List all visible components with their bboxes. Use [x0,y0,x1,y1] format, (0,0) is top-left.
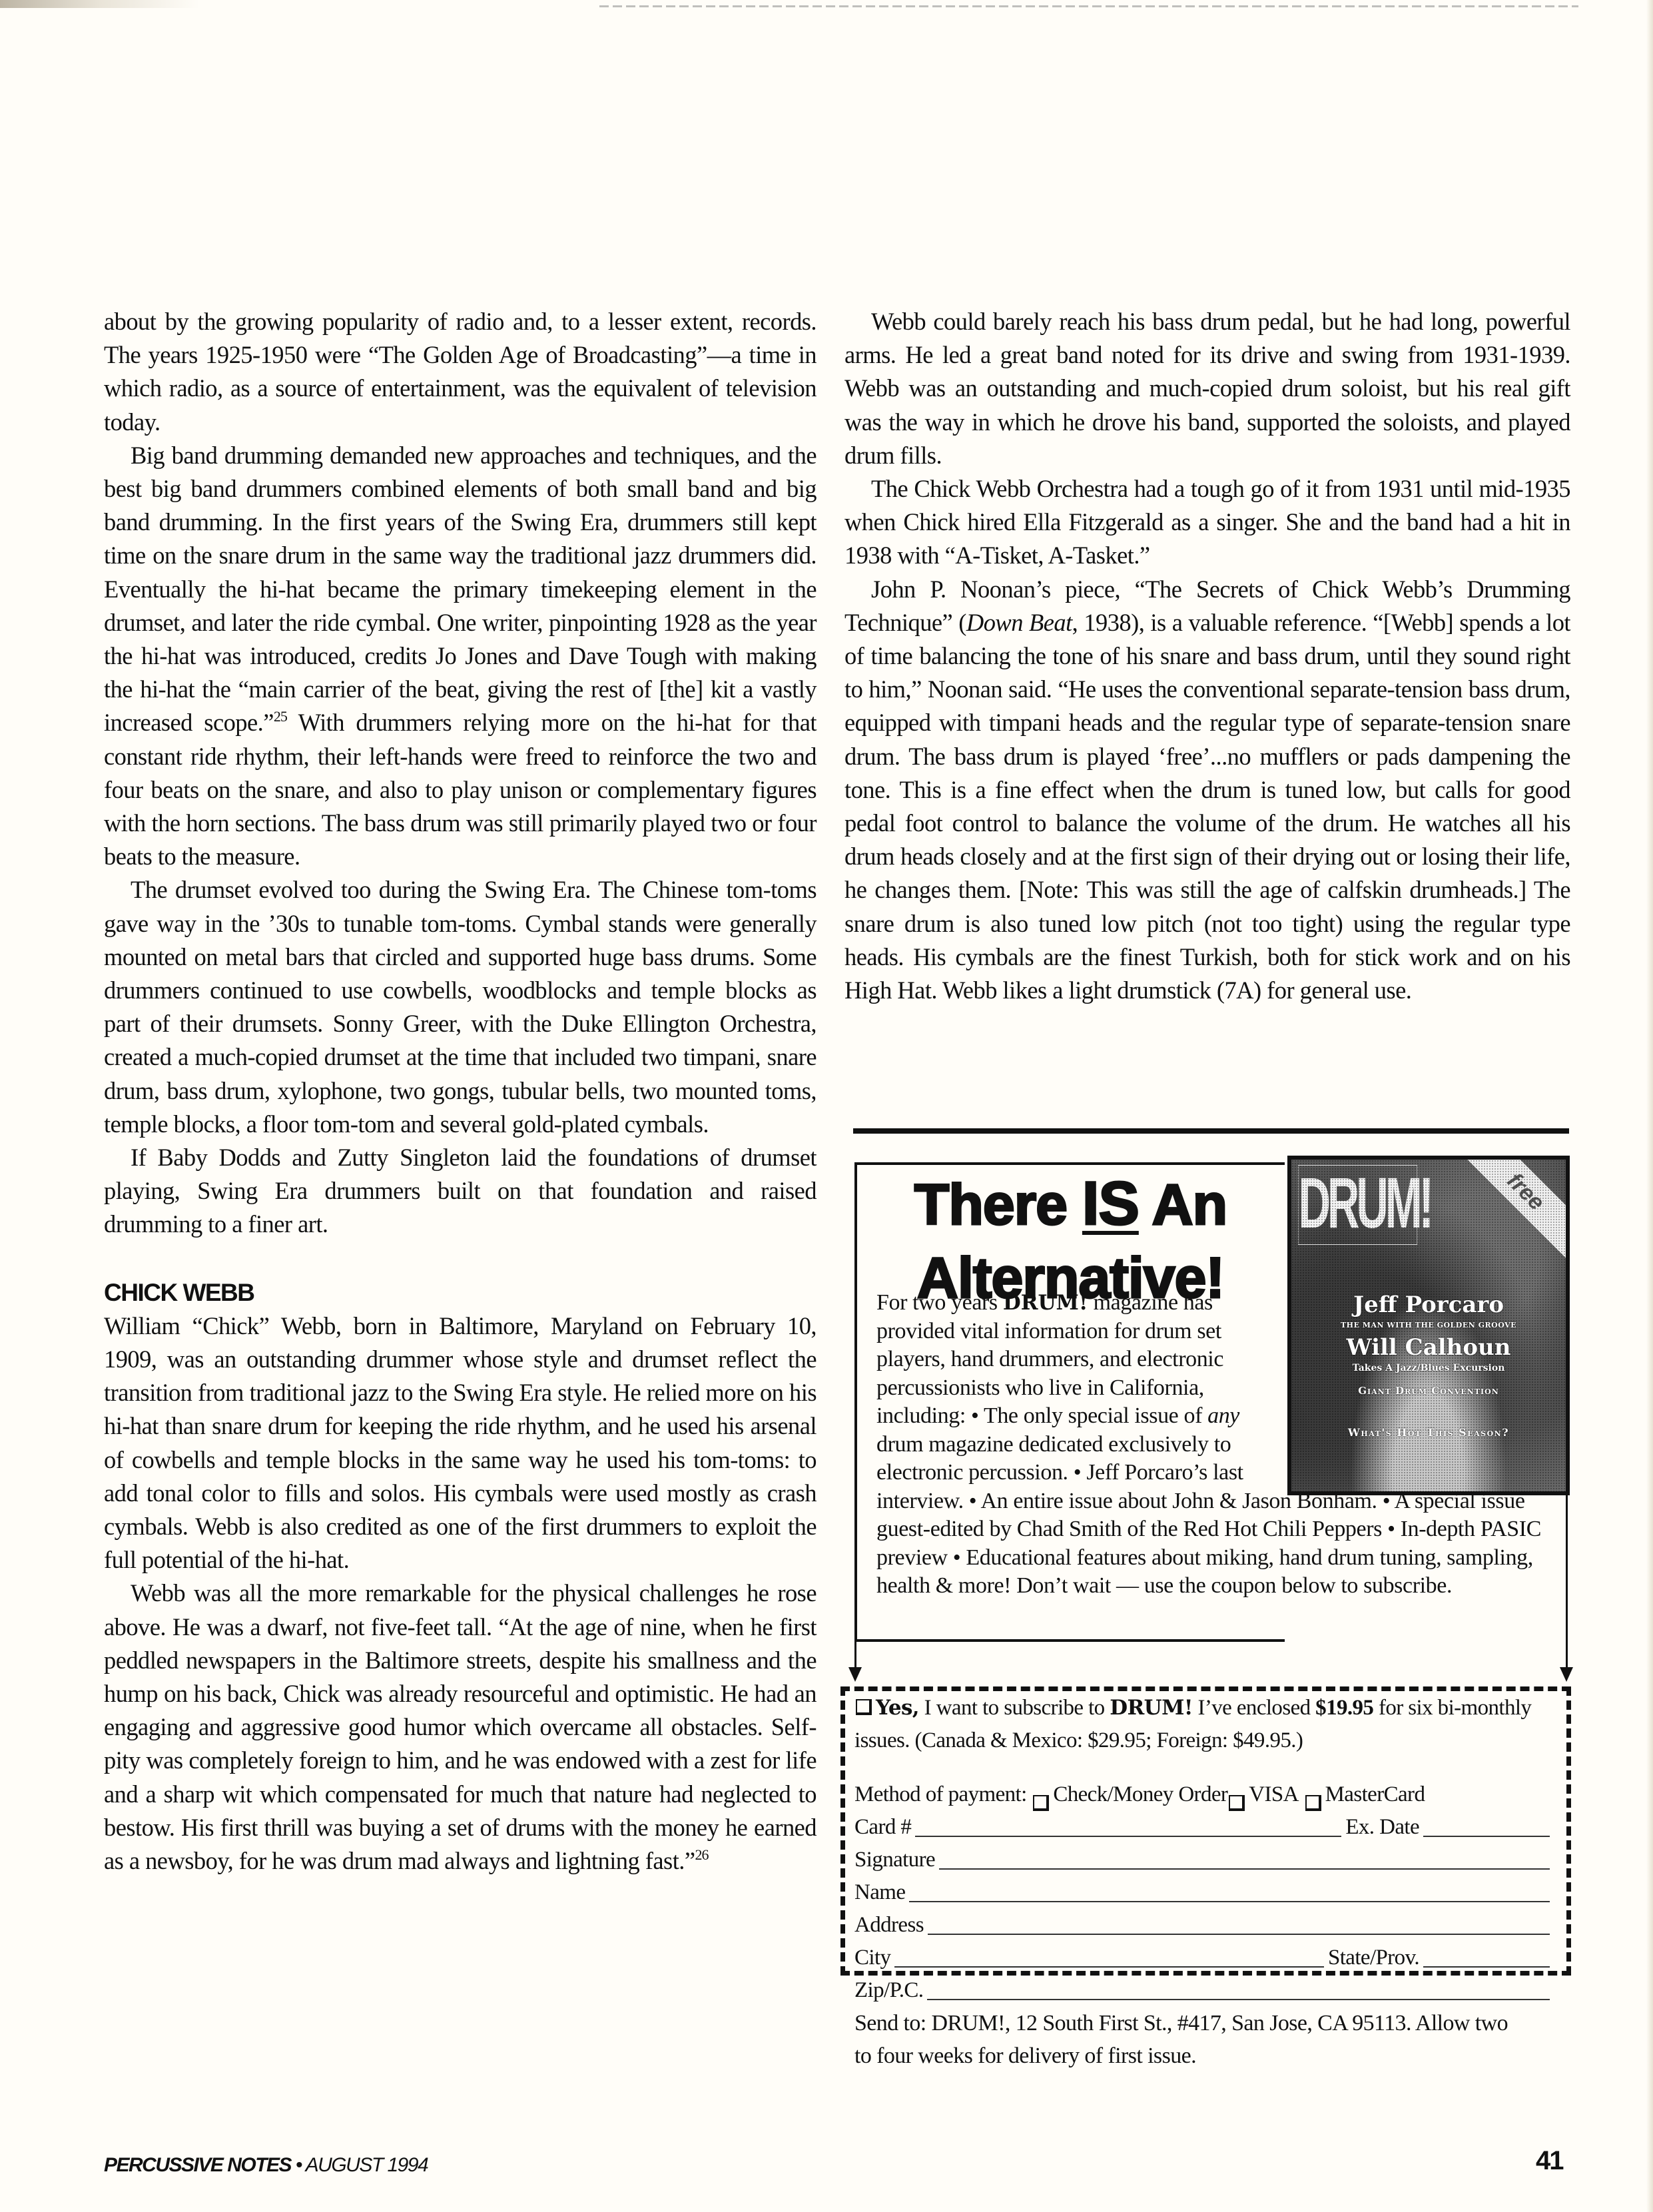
ad-headline-word: An [1152,1173,1227,1237]
scan-artifact-line [599,5,1578,7]
paragraph: William “Chick” Webb, born in Baltimore,… [104,1309,817,1577]
paragraph-text: Webb was all the more remarkable for the… [104,1579,817,1874]
state-field[interactable] [1423,1966,1550,1968]
arrow-down-icon [854,1637,856,1668]
ad-text: For two years [876,1290,1003,1315]
paragraph: Webb could barely reach his bass drum pe… [844,305,1570,472]
paragraph: about by the growing popularity of radio… [104,305,817,439]
coupon-form: Yes, I want to subscribe to DRUM! I’ve e… [854,1692,1554,2072]
arrow-down-icon [1566,1495,1568,1668]
issue-date: AUGUST 1994 [306,2154,428,2176]
cover-headline: Jeff Porcaro [1291,1291,1566,1318]
field-label: Name [854,1876,905,1909]
yes-checkbox[interactable] [856,1699,872,1715]
paragraph: The drumset evolved too during the Swing… [104,873,817,1141]
cover-subhead: What's Hot This Season? [1291,1426,1566,1439]
paragraph: Big band drumming demanded new approache… [104,439,817,874]
paragraph: If Baby Dodds and Zutty Singleton laid t… [104,1141,817,1242]
payment-option: MasterCard [1325,1778,1425,1811]
cover-free-banner: free [1456,1156,1570,1262]
cover-logo: DRUM! [1298,1165,1417,1245]
ad-top-rule [853,1128,1569,1134]
payment-label: Method of payment: [854,1778,1027,1811]
drum-brand: DRUM! [1003,1291,1088,1315]
page-number: 41 [1536,2146,1563,2176]
check-money-order-checkbox[interactable] [1033,1795,1049,1811]
ad-text: interview. • An entire issue about John … [876,1487,1542,1601]
field-label: Signature [854,1844,935,1876]
page-footer: PERCUSSIVE NOTES • AUGUST 1994 [104,2154,428,2177]
drum-brand: DRUM! [1110,1696,1193,1720]
address-field[interactable] [928,1934,1550,1935]
payment-option: Check/Money Order [1053,1778,1227,1811]
cover-subhead: Giant Drum Convention [1291,1385,1566,1397]
card-row: Card # Ex. Date [854,1811,1554,1844]
article-right-column: Webb could barely reach his bass drum pe… [844,305,1570,1007]
footnote-ref: 26 [695,1846,709,1863]
footnote-ref: 25 [274,708,287,725]
expiry-date-field[interactable] [1423,1836,1550,1837]
address-row: Address [854,1909,1554,1942]
card-number-field[interactable] [915,1836,1341,1837]
price: $19.95 [1315,1696,1373,1720]
scan-edge-right [1646,0,1653,2212]
field-label: State/Prov. [1328,1942,1419,1974]
paragraph: The Chick Webb Orchestra had a tough go … [844,472,1570,573]
payment-option: VISA [1249,1778,1299,1811]
mastercard-checkbox[interactable] [1305,1795,1321,1811]
footer-separator: • [291,2154,306,2176]
name-row: Name [854,1876,1554,1909]
zip-row: Zip/P.C. [854,1974,1554,2007]
cover-subhead: THE MAN WITH THE GOLDEN GROOVE [1291,1321,1566,1329]
field-label: Zip/P.C. [854,1974,923,2007]
section-heading: CHICK WEBB [104,1276,817,1309]
coupon-text: I want to subscribe to [919,1696,1110,1720]
city-field[interactable] [894,1966,1324,1968]
publication-name: PERCUSSIVE NOTES [104,2154,291,2176]
signature-row: Signature [854,1844,1554,1876]
cover-subhead: Takes A Jazz/Blues Excursion [1291,1363,1566,1373]
article-left-column: about by the growing popularity of radio… [104,305,817,1878]
ad-headline-emphasis: IS [1082,1170,1139,1238]
zip-field[interactable] [927,1999,1550,2000]
ad-text: drum magazine dedicated exclusively to e… [876,1432,1243,1485]
mailing-instructions: Send to: DRUM!, 12 South First St., #417… [854,2007,1514,2072]
coupon-text: I’ve enclosed [1193,1696,1315,1720]
field-label: City [854,1942,890,1974]
ad-body-narrow: For two years DRUM! magazine has provide… [876,1289,1279,1487]
visa-checkbox[interactable] [1229,1795,1245,1811]
coupon-offer: Yes, I want to subscribe to DRUM! I’ve e… [854,1692,1554,1757]
field-label: Ex. Date [1345,1811,1419,1844]
paragraph-text: Big band drumming demanded new approache… [104,442,817,737]
name-field[interactable] [909,1901,1550,1902]
signature-field[interactable] [939,1868,1550,1870]
city-row: City State/Prov. [854,1942,1554,1974]
payment-method-row: Method of payment: Check/Money Order VIS… [854,1778,1554,1811]
yes-label: Yes, [876,1696,919,1720]
field-label: Card # [854,1811,911,1844]
paragraph: Webb was all the more remarkable for the… [104,1577,817,1878]
paragraph: John P. Noonan’s piece, “The Secrets of … [844,573,1570,1008]
publication-title: Down Beat [966,609,1072,636]
paragraph-text: , 1938), is a valuable reference. “[Webb… [844,609,1570,1004]
ad-emphasis: any [1207,1403,1239,1428]
field-label: Address [854,1909,924,1942]
ad-headline-word: There [914,1173,1067,1237]
cover-headline: Will Calhoun [1291,1334,1566,1361]
